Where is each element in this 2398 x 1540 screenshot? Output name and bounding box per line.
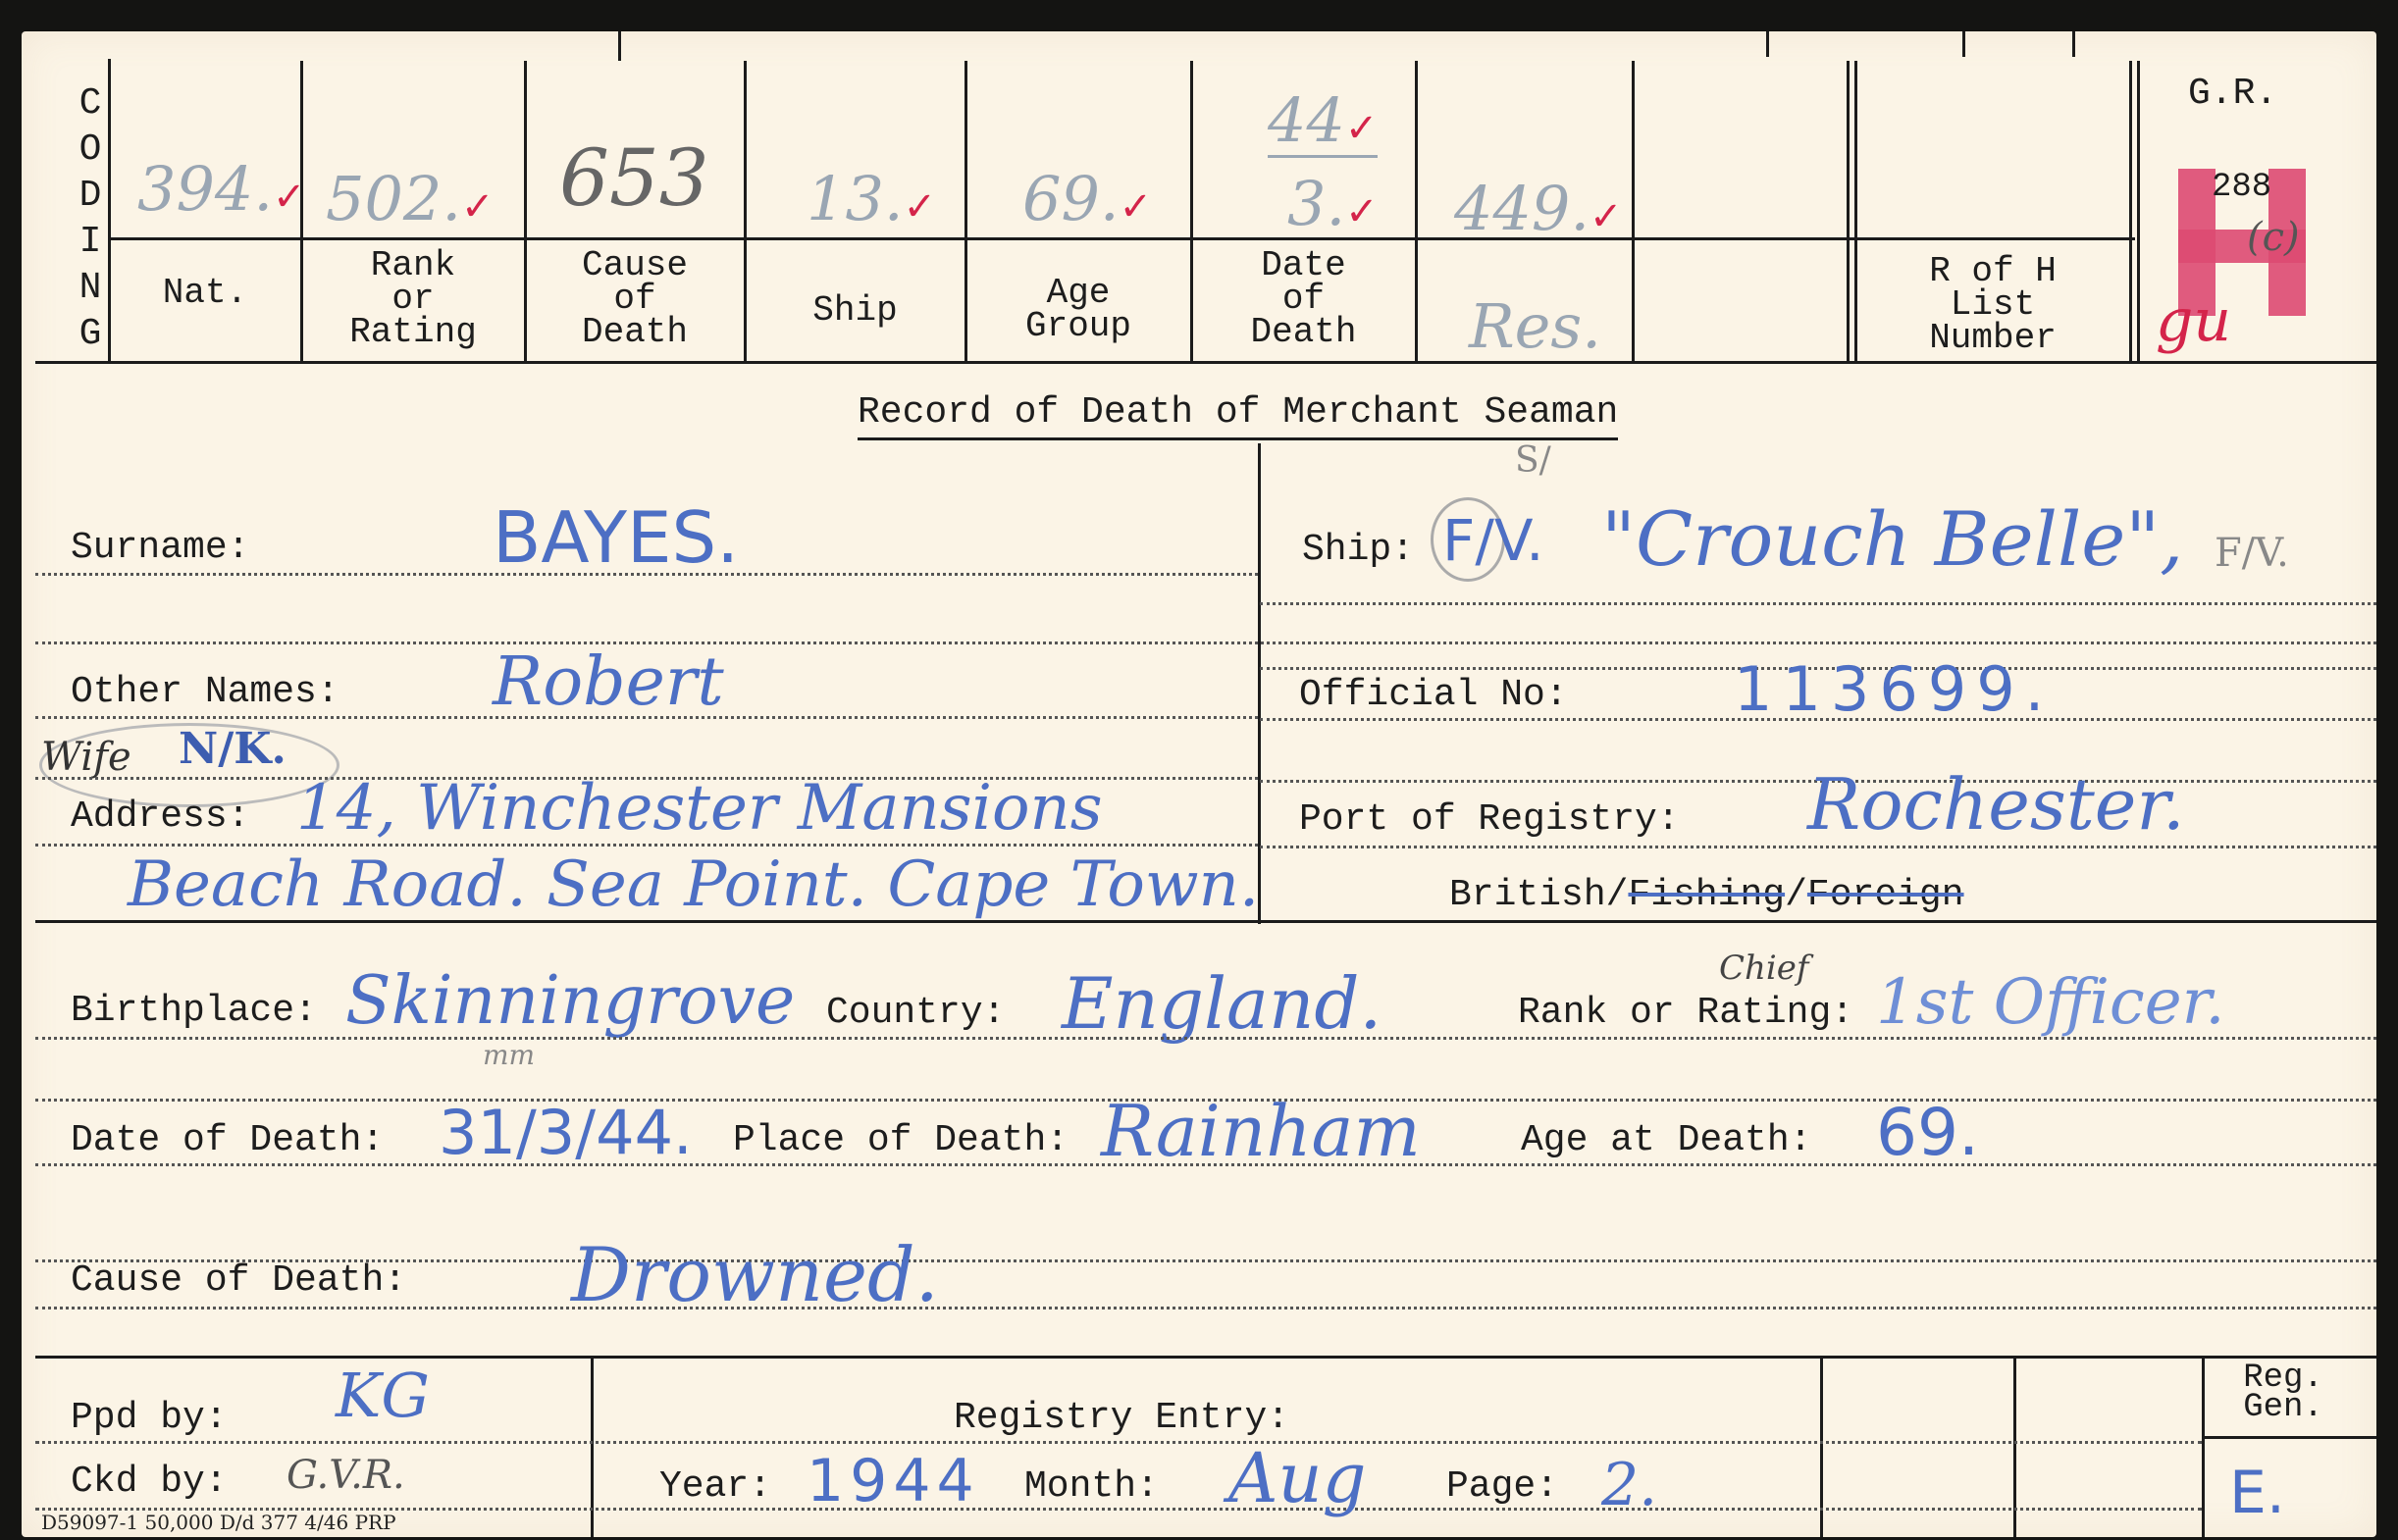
address-line2: Beach Road. Sea Point. Cape Town. xyxy=(128,853,1259,916)
month-label: Month: xyxy=(1024,1468,1159,1506)
field-rule xyxy=(1260,718,2376,721)
footer-rule xyxy=(2202,1436,2376,1439)
page-title: Record of Death of Merchant Seaman xyxy=(858,394,1618,440)
grid-divider xyxy=(2129,61,2132,361)
coding-header-ship: Ship xyxy=(746,294,964,328)
coding-letter: I xyxy=(71,219,110,265)
field-rule xyxy=(35,716,1258,719)
date-of-death-value: 31/3/44. xyxy=(439,1103,693,1163)
coding-value-ship: 13.✓ xyxy=(807,169,936,230)
footer-rule xyxy=(35,1356,2376,1359)
coding-letter: G xyxy=(71,311,110,357)
field-rule xyxy=(35,1307,2376,1309)
coding-value-res: Res. xyxy=(1469,296,1601,357)
check-mark-icon: ✓ xyxy=(1120,184,1153,230)
gr-label: G.R. xyxy=(2188,76,2277,113)
field-rule xyxy=(35,573,1258,576)
coding-header-rank: RankorRating xyxy=(302,249,524,349)
check-mark-icon: ✓ xyxy=(273,175,306,220)
month-value: Aug xyxy=(1228,1444,1366,1513)
year-label: Year: xyxy=(659,1468,771,1506)
ppd-by-value: KG xyxy=(336,1365,430,1426)
grid-divider xyxy=(1847,61,1850,361)
cause-of-death-label: Cause of Death: xyxy=(71,1262,406,1300)
ppd-by-label: Ppd by: xyxy=(71,1400,228,1437)
grid-tick xyxy=(1962,31,1965,57)
coding-value-month: 3.✓ xyxy=(1287,174,1379,234)
grid-divider xyxy=(1632,61,1635,361)
gr-annotation: (c) xyxy=(2247,218,2300,257)
coding-value-cause: 653 xyxy=(559,139,709,218)
grid-tick xyxy=(2072,31,2075,57)
coding-letter: O xyxy=(71,127,110,173)
vessel-type-foreign: Foreign xyxy=(1807,874,1964,916)
gr-initials: gu xyxy=(2156,291,2231,350)
grid-divider xyxy=(2137,61,2140,361)
ship-type-suffix: F/V. xyxy=(2215,534,2289,573)
field-rule xyxy=(35,844,1258,847)
grid-rule xyxy=(35,361,2376,364)
coding-letter: C xyxy=(71,80,110,127)
wife-note-value: N/K. xyxy=(179,728,287,771)
birthplace-label: Birthplace: xyxy=(71,993,317,1030)
place-of-death-label: Place of Death: xyxy=(733,1122,1069,1159)
coding-value-extra: 449.✓ xyxy=(1454,179,1623,239)
official-no-value: 113699. xyxy=(1734,659,2054,720)
vessel-type-options: British/Fishing/Foreign xyxy=(1449,877,1964,914)
birthplace-value: Skinningrove xyxy=(345,968,795,1035)
year-value: 1944 xyxy=(807,1452,980,1511)
coding-value-nat: 394.✓ xyxy=(137,159,306,220)
section-rule xyxy=(35,920,2376,923)
coding-header-age-group: AgeGroup xyxy=(966,277,1190,343)
registry-entry-label: Registry Entry: xyxy=(954,1400,1289,1437)
rank-or-rating-label: Rank or Rating: xyxy=(1518,995,1853,1032)
check-mark-icon: ✓ xyxy=(1590,194,1623,239)
check-mark-icon: ✓ xyxy=(461,184,495,230)
field-rule xyxy=(1260,846,2376,848)
check-mark-icon: ✓ xyxy=(1345,106,1379,151)
ship-name: "Crouch Belle", xyxy=(1601,502,2183,577)
coding-header-nat: Nat. xyxy=(110,277,300,310)
field-rule xyxy=(1260,602,2376,605)
grid-rule xyxy=(108,237,2135,240)
coding-header-date: DateofDeath xyxy=(1192,249,1415,349)
grid-divider xyxy=(1415,61,1418,361)
other-names-value: Robert xyxy=(493,649,724,716)
birthplace-note: mm xyxy=(483,1042,535,1069)
country-label: Country: xyxy=(826,995,1005,1032)
port-of-registry-label: Port of Registry: xyxy=(1299,801,1680,839)
print-code: D59097-1 50,000 D/d 377 4/46 PRP xyxy=(41,1513,396,1532)
field-rule xyxy=(35,1441,2202,1444)
ship-type: F/V. xyxy=(1442,512,1544,569)
vessel-type-british: British xyxy=(1449,874,1606,916)
coding-letter: D xyxy=(71,173,110,219)
coding-value-year: 44✓ xyxy=(1268,90,1378,158)
field-rule xyxy=(35,1163,2376,1166)
ship-type-alt: S/ xyxy=(1515,443,1551,479)
reg-gen-value: E. xyxy=(2229,1463,2285,1522)
reg-gen-label: Reg.Gen. xyxy=(2229,1363,2337,1422)
age-at-death-value: 69. xyxy=(1876,1101,1979,1165)
surname-value: BAYES. xyxy=(493,502,739,573)
ckd-by-value: G.V.R. xyxy=(287,1456,405,1495)
coding-header-r-of-h: R of HListNumber xyxy=(1856,255,2129,355)
date-of-death-label: Date of Death: xyxy=(71,1122,384,1159)
page-value: 2. xyxy=(1601,1456,1657,1514)
grid-divider xyxy=(108,59,111,361)
place-of-death-value: Rainham xyxy=(1101,1096,1421,1166)
coding-letter: N xyxy=(71,265,110,311)
coding-value-rank: 502.✓ xyxy=(326,169,495,230)
coding-header-cause: CauseofDeath xyxy=(526,249,744,349)
cause-of-death-value: Drowned. xyxy=(571,1238,939,1312)
address-label: Address: xyxy=(71,798,249,836)
gr-number: 288 xyxy=(2212,171,2271,204)
field-rule xyxy=(35,1037,2376,1040)
grid-tick xyxy=(1766,31,1769,57)
coding-vertical-label: C O D I N G xyxy=(71,80,110,357)
footer-divider xyxy=(2202,1356,2205,1537)
wife-note-label: Wife xyxy=(41,738,131,777)
page-label: Page: xyxy=(1446,1468,1558,1506)
official-no-label: Official No: xyxy=(1299,677,1568,714)
address-line1: 14, Winchester Mansions xyxy=(296,777,1103,840)
age-at-death-label: Age at Death: xyxy=(1521,1122,1811,1159)
ship-label: Ship: xyxy=(1302,532,1414,569)
rank-or-rating-value: 1st Officer. xyxy=(1876,971,2225,1034)
rank-correction: Chief xyxy=(1719,951,1809,985)
check-mark-icon: ✓ xyxy=(904,184,937,230)
port-of-registry-value: Rochester. xyxy=(1807,769,2185,840)
ckd-by-label: Ckd by: xyxy=(71,1463,228,1501)
surname-label: Surname: xyxy=(71,530,249,567)
coding-value-age-group: 69.✓ xyxy=(1022,169,1152,230)
grid-tick xyxy=(618,31,621,61)
other-names-label: Other Names: xyxy=(71,674,339,711)
country-value: England. xyxy=(1062,968,1381,1039)
record-card: C O D I N G 394.✓ 502.✓ 653 13.✓ 69.✓ 44… xyxy=(22,31,2376,1537)
field-rule xyxy=(35,642,2376,644)
check-mark-icon: ✓ xyxy=(1345,189,1379,234)
vessel-type-fishing: Fishing xyxy=(1628,874,1785,916)
